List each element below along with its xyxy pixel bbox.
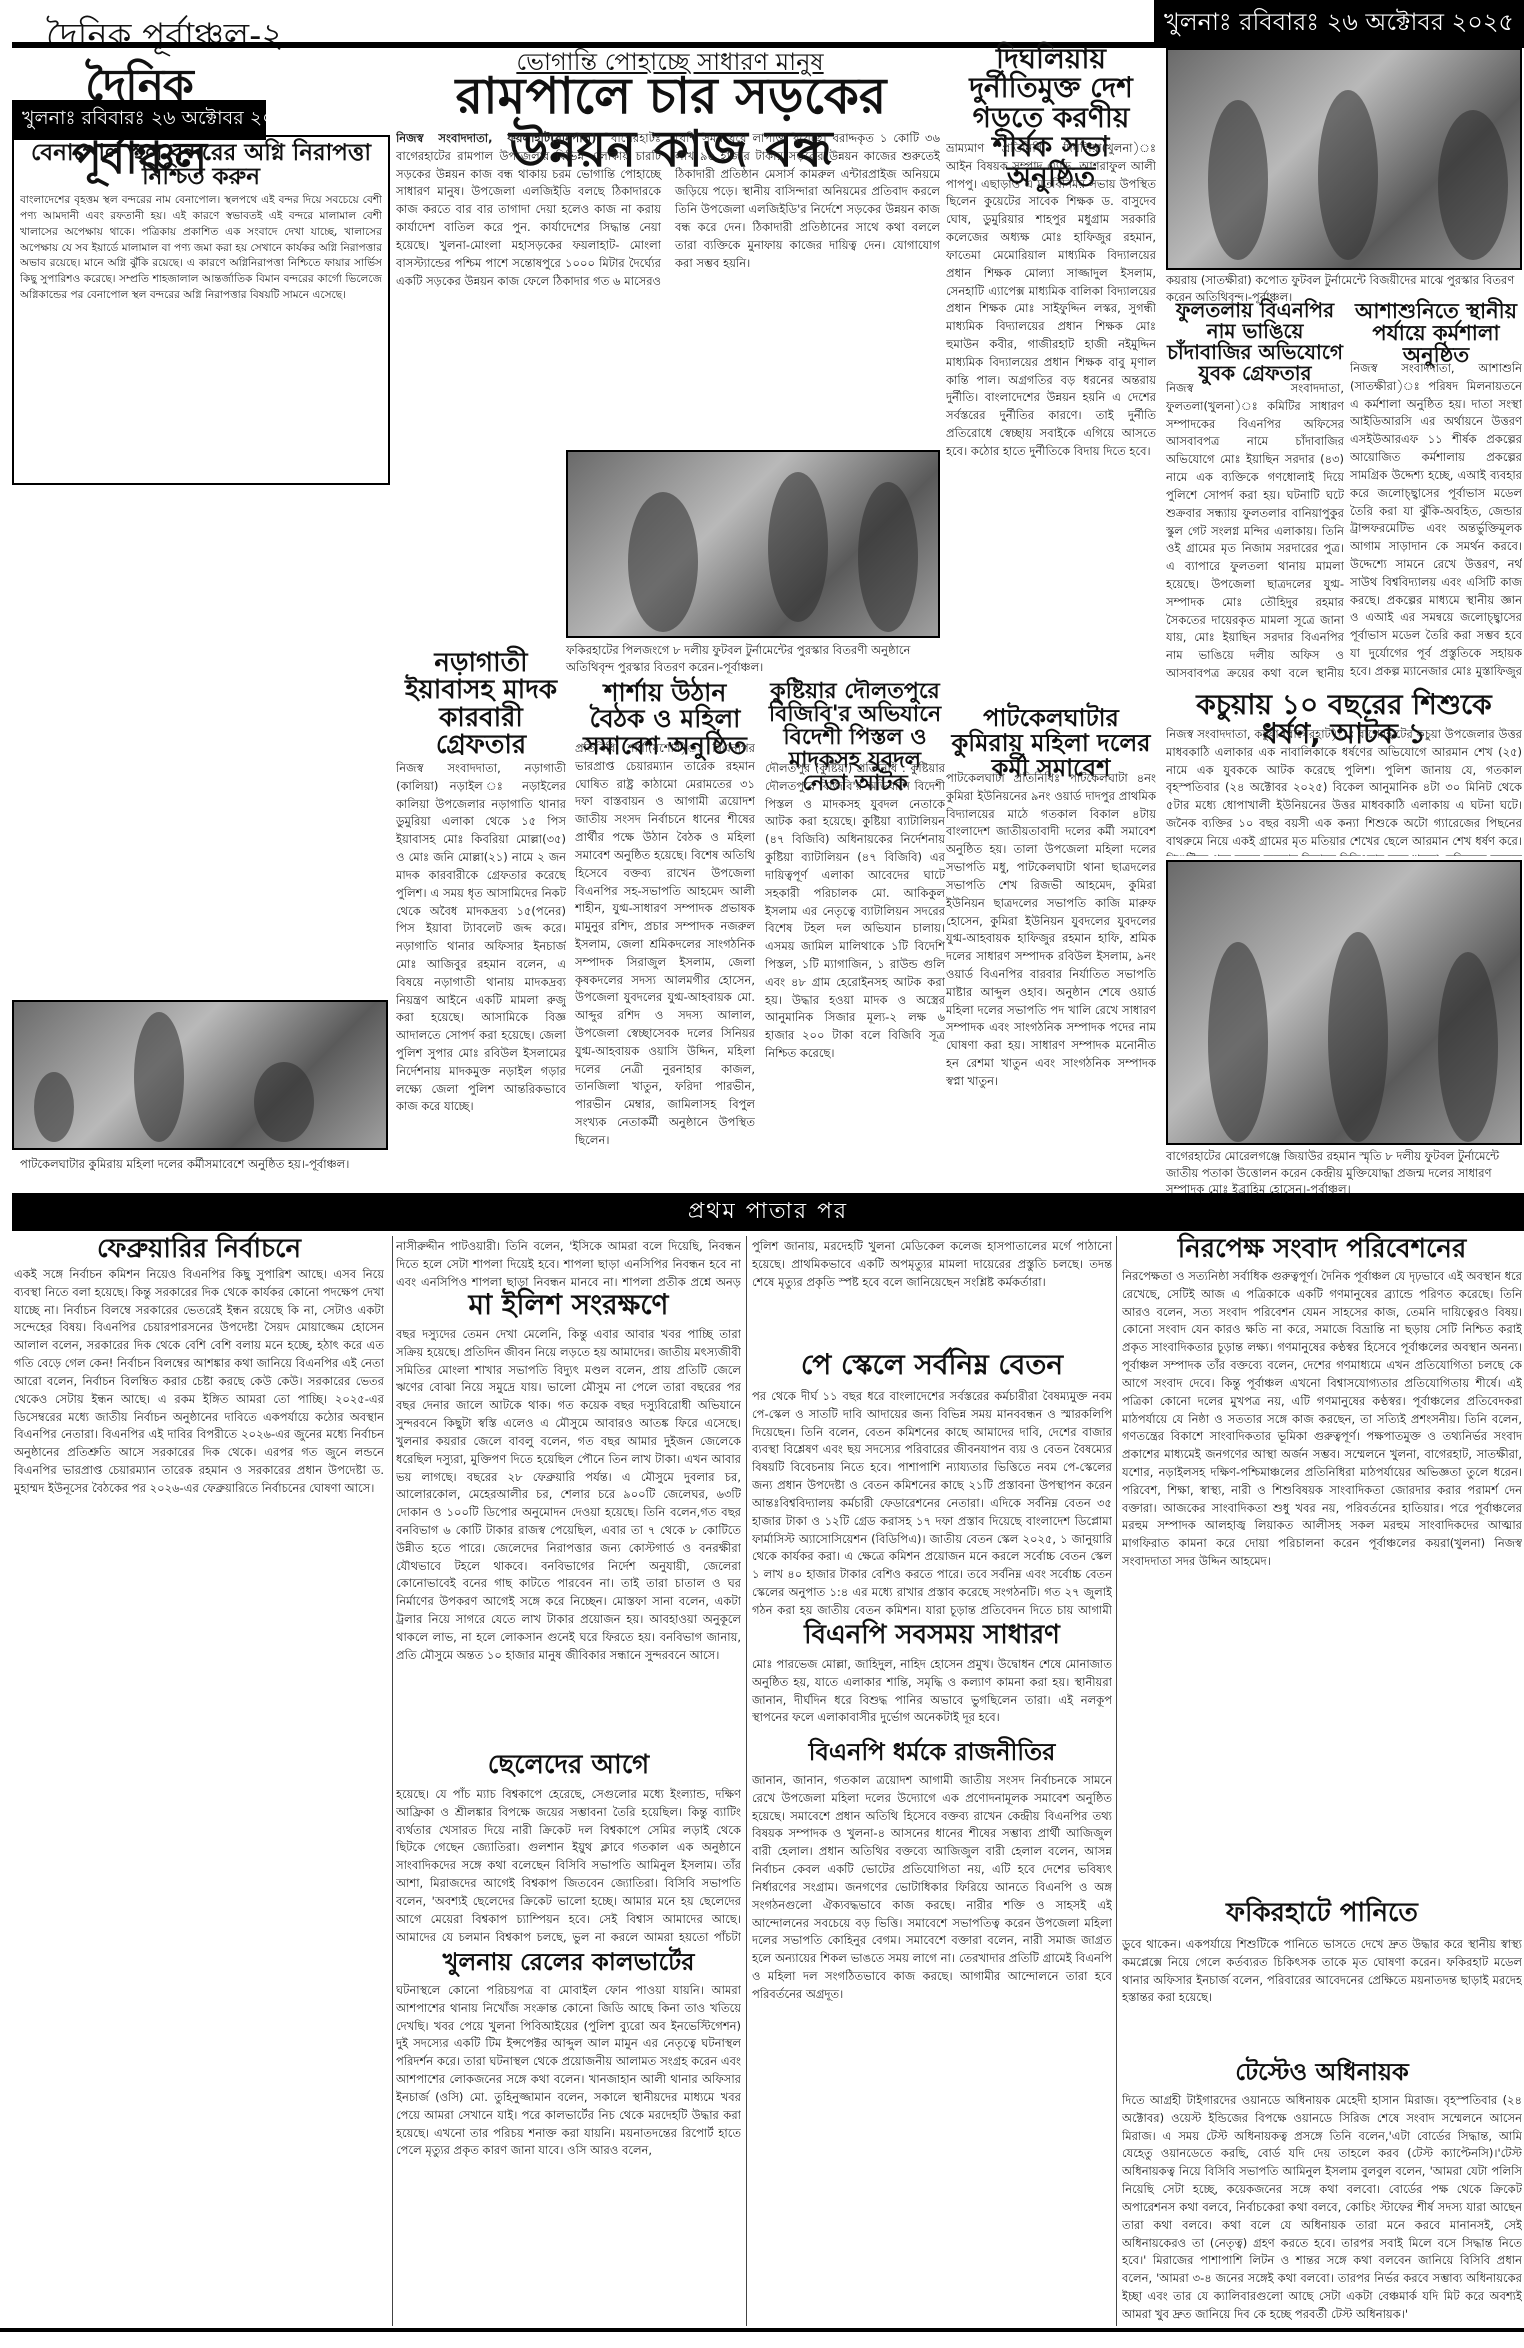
cont-ma-ilish-body: বছর দস্যুদের তেমন দেখা মেলেনি, কিন্তু এব…	[396, 1326, 741, 1746]
dighalia-body: ভ্রাম্যমাণ প্রতিনিধি, দিঘলিয়া(খুলনা)ঃ আ…	[946, 140, 1156, 590]
cont-neutral-news-body: নিরপেক্ষতা ও সত্যনিষ্ঠা সর্বাধিক গুরুত্ব…	[1122, 1268, 1522, 1888]
photo-koyra-football	[1166, 48, 1522, 270]
kumira-body: পাটকেলঘাটা প্রতিনিধিঃ পাটকেলঘাটা ৪নং কুম…	[946, 770, 1156, 1180]
cont-rail-culvert-body: ঘটনাস্থলে কোনো পরিচয়পত্র বা মোবাইল ফোন …	[396, 1982, 741, 2322]
photo-caption-left: পাটকেলঘাটার কুমিরায় মহিলা দলের কর্মীসমা…	[20, 1156, 380, 1173]
date-banner-left: খুলনাঃ রবিবারঃ ২৬ অক্টোবর ২০২৫	[12, 100, 266, 140]
section-bar-continued: প্রথম পাতার পর	[12, 1193, 1524, 1231]
ashashuni-body: নিজস্ব সংবাদদাতা, আশাশুনি (সাতক্ষীরা)ঃ প…	[1350, 360, 1522, 680]
column-rule	[746, 1236, 747, 2326]
naragati-body: নিজস্ব সংবাদদাতা, নড়াগাতী (কালিয়া) নড়…	[396, 760, 566, 1180]
phultala-body: নিজস্ব সংবাদদাতা, ফুলতলা(খুলনা)ঃ কমিটির …	[1166, 380, 1344, 680]
kushtia-body: দৌলতপুর (কুষ্টিয়া) প্রতিনিধি : কুষ্টিয়…	[765, 760, 945, 1180]
photo-caption-fakirhat: ফকিরহাটের পিলজংগে ৮ দলীয় ফুটবল টুর্নামে…	[566, 642, 940, 675]
photo-morelganj-flag	[1166, 860, 1522, 1145]
cont-pay-scale-pre: পুলিশ জানায়, মরদেহটি খুলনা মেডিকেল কলেজ…	[752, 1238, 1112, 1348]
column-rule	[1116, 1236, 1117, 2326]
photo-kumira-rally	[12, 1000, 388, 1150]
cont-fakirhat-water-body: ডুবে থাকেন। একপর্যায়ে শিশুটিকে পানিতে ভ…	[1122, 1936, 1522, 2056]
cont-ma-ilish-headline[interactable]: মা ইলিশ সংরক্ষণে	[396, 1290, 741, 1319]
cont-bnp-religion-body: জানান, জানান, গতকাল ত্রয়োদশ আগামী জাতীয…	[752, 1772, 1112, 2322]
date-banner-right: খুলনাঃ রবিবারঃ ২৬ অক্টোবর ২০২৫	[1154, 0, 1524, 48]
cont-rail-culvert-headline[interactable]: খুলনায় রেলের কালভার্টের	[396, 1950, 741, 1975]
cont-test-captain-body: দিতে আগ্রহী টাইগারদের ওয়ানডে অধিনায়ক ম…	[1122, 2092, 1522, 2324]
cont-pay-scale-headline[interactable]: পে স্কেলে সর্বনিম্ন বেতন	[752, 1350, 1112, 1379]
cont-pay-scale-body: পর থেকে দীর্ঘ ১১ বছর ধরে বাংলাদেশের সর্ব…	[752, 1388, 1112, 1618]
photo-fakirhat-tournament	[566, 450, 940, 638]
ashashuni-headline[interactable]: আশাশুনিতে স্থানীয় পর্যায়ে কর্মশালা অনু…	[1350, 300, 1522, 366]
column-rule	[392, 1236, 393, 2326]
cont-test-captain-headline[interactable]: টেস্টেও অধিনায়ক	[1122, 2060, 1522, 2085]
lead-body: নিজস্ব সংবাদদাতা, ফয়লাহাট(রামপাল) বাগের…	[396, 130, 940, 430]
lead-body-text: বাগেরহাটঃ বাগেরহাটের রামপাল উপজেলার বিভি…	[396, 131, 940, 288]
cont-bnp-always-headline[interactable]: বিএনপি সবসময় সাধারণ	[752, 1622, 1112, 1649]
cont-ma-ilish-pre: নাসীরুদ্দীন পাটওয়ারী। তিনি বলেন, 'ইসিকে…	[396, 1238, 741, 1288]
naragati-headline[interactable]: নড়াগাতী ইয়াবাসহ মাদক কারবারী গ্রেফতার	[396, 650, 566, 759]
cont-feb-election-body: একই সঙ্গে নির্বাচন কমিশন নিয়েও বিএনপির …	[14, 1266, 384, 2326]
kachua-body: নিজস্ব সংবাদদাতা, কচুয়া (বাগেরহাট)ঃ বাগ…	[1166, 726, 1522, 856]
cont-fakirhat-water-headline[interactable]: ফকিরহাটে পানিতে	[1122, 1900, 1522, 1927]
cont-chhele-headline[interactable]: ছেলেদের আগে	[396, 1752, 741, 1779]
editorial-body: বাংলাদেশের বৃহত্তম স্থল বন্দরের নাম বেনা…	[20, 193, 382, 493]
editorial-headline[interactable]: বেনাপোল স্থল বন্দরের অগ্নি নিরাপত্তা নিশ…	[20, 141, 382, 189]
photo-caption-morelganj: বাগেরহাটের মোরেলগঞ্জে জিয়াউর রহমান স্মৃ…	[1166, 1148, 1522, 1198]
bottom-rule	[0, 2328, 1524, 2332]
editorial-box: বেনাপোল স্থল বন্দরের অগ্নি নিরাপত্তা নিশ…	[12, 135, 390, 485]
cont-feb-election-headline[interactable]: ফেব্রুয়ারির নির্বাচনে	[14, 1236, 384, 1263]
cont-bnp-always-body: মোঃ পারভেজ মোল্লা, জাহিদুল, নাহিদ হোসেন …	[752, 1656, 1112, 1736]
cont-neutral-news-headline[interactable]: নিরপেক্ষ সংবাদ পরিবেশনের	[1122, 1236, 1522, 1263]
sharsha-body: প্রতিনিধি, শার্শা(যশোর)ঃ বিএনপির ভারপ্রা…	[575, 740, 755, 1180]
cont-chhele-body: হয়েছে। যে পাঁচ ম্যাচ বিশ্বকাপে হেরেছে, …	[396, 1786, 741, 1946]
cont-bnp-religion-headline[interactable]: বিএনপি ধর্মকে রাজনীতির	[752, 1740, 1112, 1765]
lead-byline: নিজস্ব সংবাদদাতা, ফয়লাহাট(রামপাল)	[396, 131, 596, 145]
phultala-headline[interactable]: ফুলতলায় বিএনপির নাম ভাঙিয়ে চাঁদাবাজির …	[1166, 300, 1344, 384]
